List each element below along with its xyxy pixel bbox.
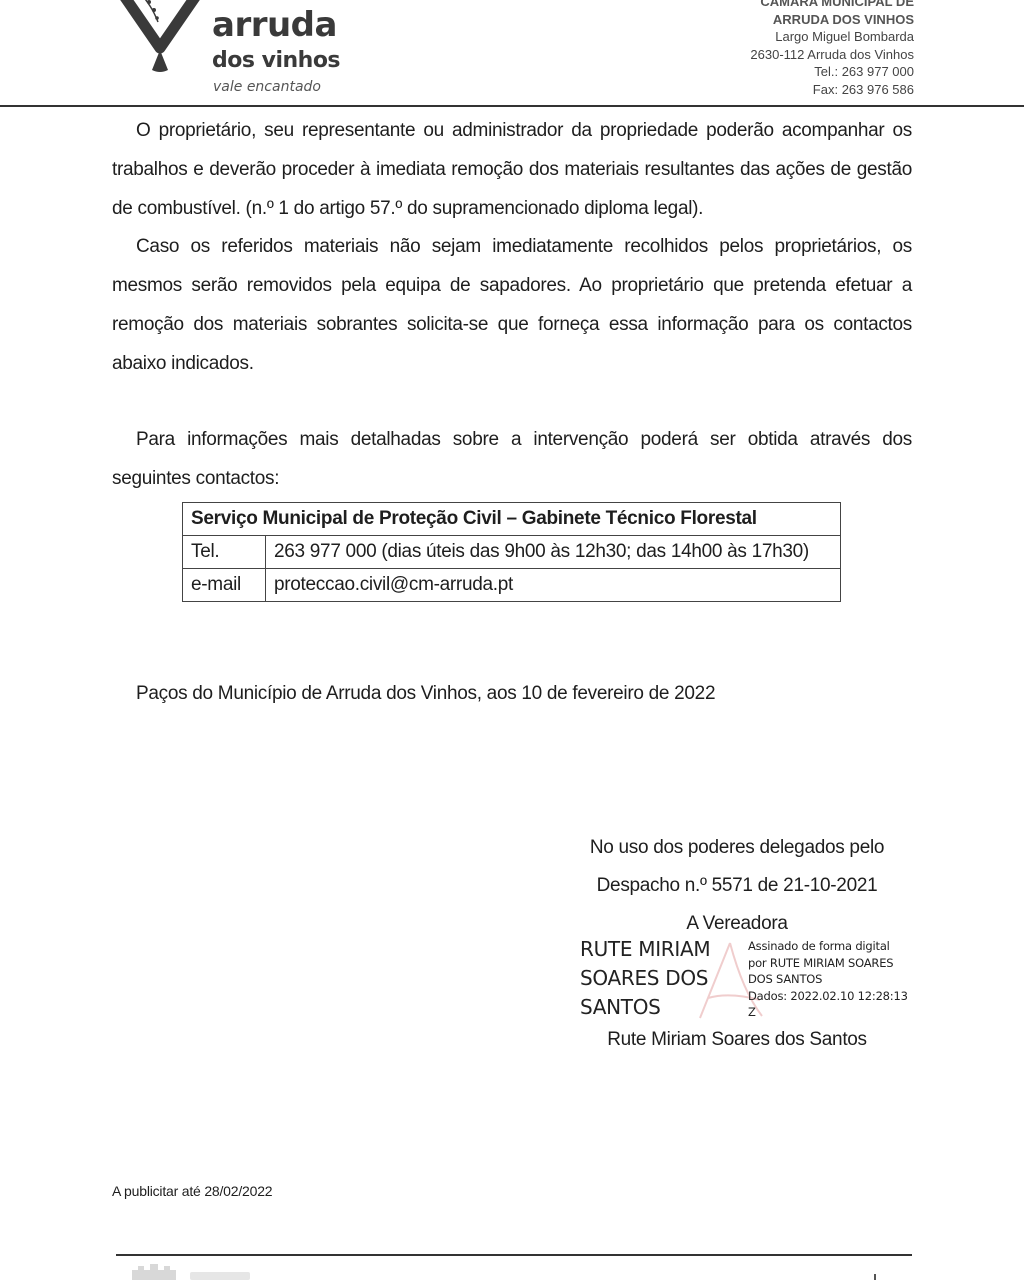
org-line-2: ARRUDA DOS VINHOS [750, 11, 914, 29]
delegation-line: No uso dos poderes delegados pelo [537, 833, 937, 863]
row-value-tel: 263 977 000 (dias úteis das 9h00 às 12h3… [266, 536, 841, 569]
municipal-logo-icon [112, 0, 212, 80]
signer-caps-line: RUTE MIRIAM [580, 935, 710, 964]
signer-caps-line: SANTOS [580, 993, 710, 1022]
digital-sig-line: DOS SANTOS [748, 971, 908, 988]
row-label-tel: Tel. [183, 536, 266, 569]
paragraph-contacts-intro: Para informações mais detalhadas sobre a… [112, 420, 912, 498]
place-and-date: Paços do Município de Arruda dos Vinhos,… [136, 679, 715, 709]
table-row: e-mail proteccao.civil@cm-arruda.pt [183, 569, 841, 602]
digital-sig-line: Z [748, 1004, 908, 1021]
logo-title: arruda [212, 6, 337, 44]
digital-sig-line: Dados: 2022.02.10 12:28:13 [748, 988, 908, 1005]
footer-page-mark [874, 1274, 876, 1280]
signer-caps-line: SOARES DOS [580, 964, 710, 993]
logo-tagline: vale encantado [213, 78, 321, 96]
telephone: Tel.: 263 977 000 [750, 63, 914, 81]
org-line-1: CÂMARA MUNICIPAL DE [750, 0, 914, 11]
footer-divider [116, 1254, 912, 1256]
postal-code: 2630-112 Arruda dos Vinhos [750, 46, 914, 64]
footer-text [190, 1272, 250, 1280]
digital-sig-line: Assinado de forma digital [748, 938, 908, 955]
table-row: Tel. 263 977 000 (dias úteis das 9h00 às… [183, 536, 841, 569]
digital-sig-line: por RUTE MIRIAM SOARES [748, 955, 908, 972]
paragraph-text: O proprietário, seu representante ou adm… [112, 120, 912, 219]
council-address: CÂMARA MUNICIPAL DE ARRUDA DOS VINHOS La… [750, 0, 914, 98]
signer-name-caps: RUTE MIRIAM SOARES DOS SANTOS [580, 935, 710, 1022]
header-divider [0, 105, 1024, 107]
table-header-row: Serviço Municipal de Proteção Civil – Ga… [183, 503, 841, 536]
paragraph-material-removal: Caso os referidos materiais não sejam im… [112, 227, 912, 383]
paragraph-owner-obligations: O proprietário, seu representante ou adm… [112, 111, 912, 228]
paragraph-text: Caso os referidos materiais não sejam im… [112, 236, 912, 374]
signer-name: Rute Miriam Soares dos Santos [537, 1025, 937, 1055]
contacts-table: Serviço Municipal de Proteção Civil – Ga… [182, 502, 841, 602]
street: Largo Miguel Bombarda [750, 28, 914, 46]
paragraph-text: Para informações mais detalhadas sobre a… [112, 429, 912, 489]
municipal-crest-icon [128, 1262, 180, 1280]
despacho-line: Despacho n.º 5571 de 21-10-2021 [537, 871, 937, 901]
table-header: Serviço Municipal de Proteção Civil – Ga… [183, 503, 841, 536]
row-value-email[interactable]: proteccao.civil@cm-arruda.pt [266, 569, 841, 602]
digital-signature-info: Assinado de forma digital por RUTE MIRIA… [748, 938, 908, 1021]
fax: Fax: 263 976 586 [750, 81, 914, 99]
publish-until-note: A publicitar até 28/02/2022 [112, 1182, 272, 1200]
row-label-email: e-mail [183, 569, 266, 602]
logo-subtitle: dos vinhos [212, 48, 340, 74]
